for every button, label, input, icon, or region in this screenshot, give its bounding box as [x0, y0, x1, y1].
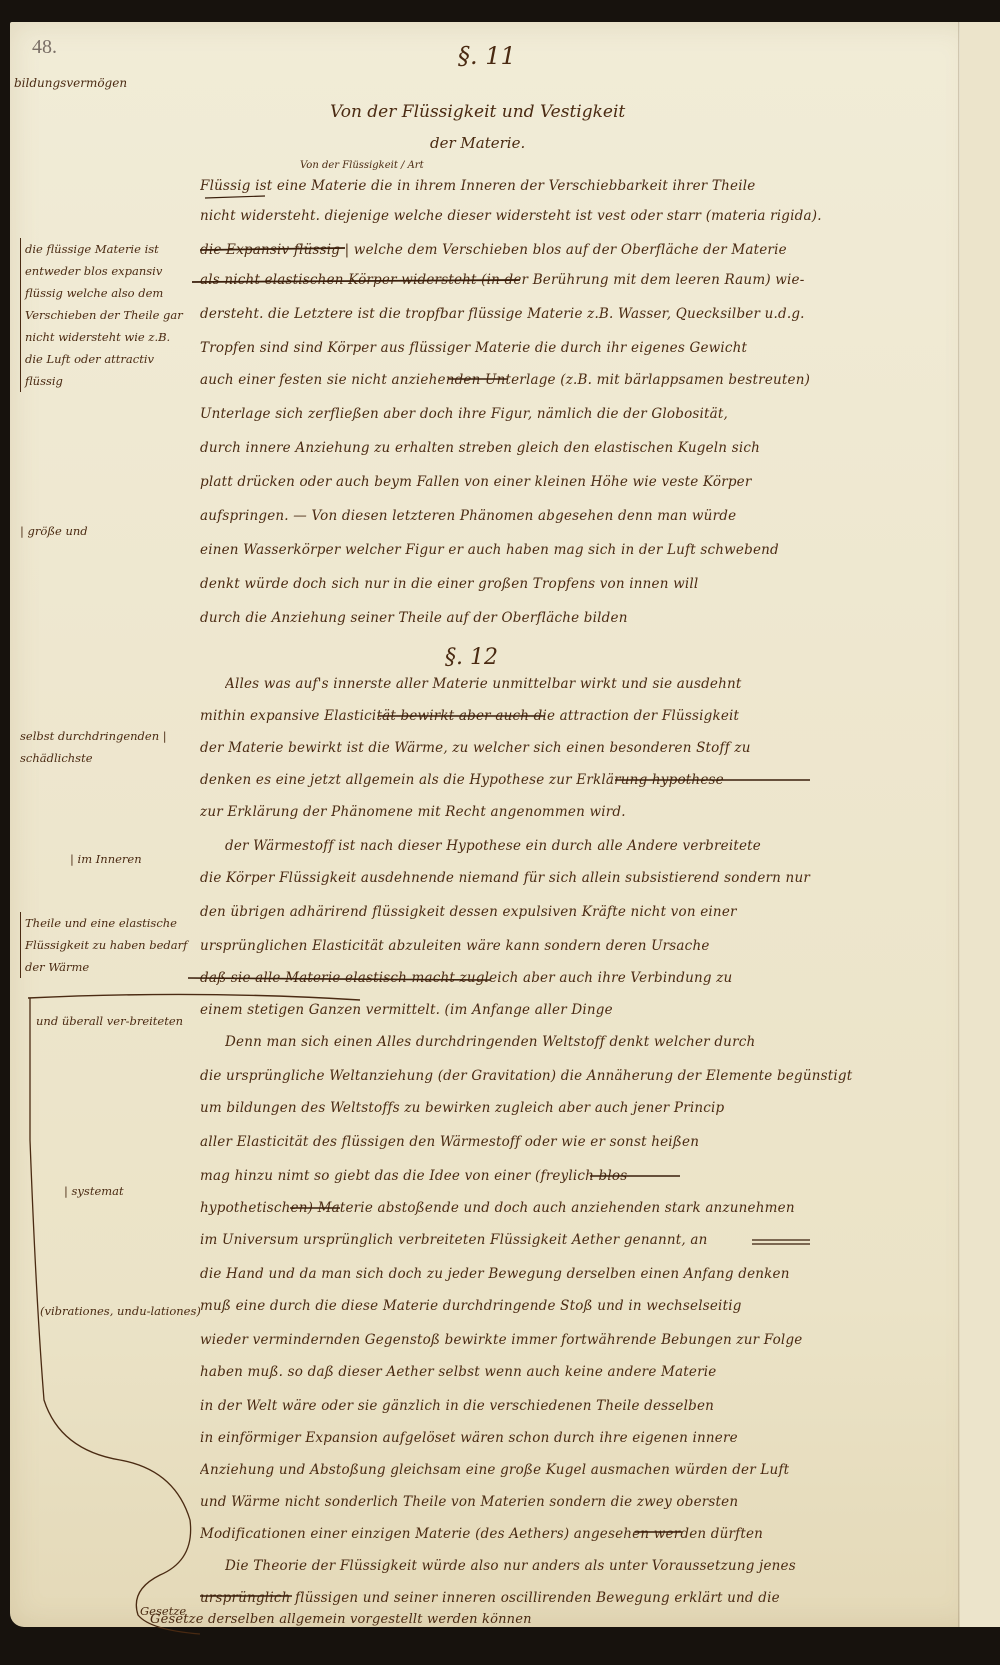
strikethrough — [192, 280, 520, 282]
insertion-line — [28, 994, 360, 1000]
ink-marks — [0, 0, 1000, 1665]
strikethrough — [188, 978, 490, 980]
bracket-curve — [30, 998, 200, 1634]
strikethrough — [200, 248, 345, 250]
underline — [205, 196, 265, 198]
